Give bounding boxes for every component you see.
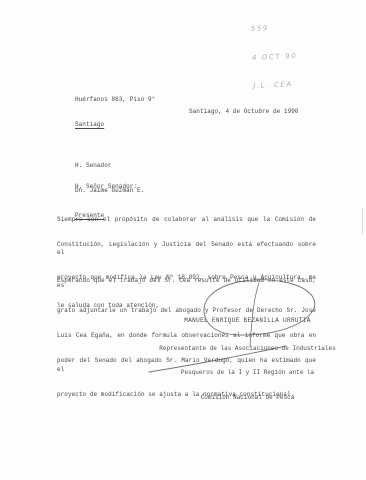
scan-artifact (362, 208, 363, 234)
date-line: Santiago, 4 de Octubre de 1990 (189, 108, 299, 116)
scanned-letter-page: 559 4 OCT 90 J.L. CEA Huérfanos 863, Pis… (0, 0, 366, 480)
signatory-name: MANUEL ENRIQUE BEZANILLA URRUTIA (140, 317, 355, 324)
salutation: H. Señor Senador: (75, 183, 137, 191)
signatory-title-line: Representante de las Asociaciones de Ind… (110, 345, 366, 353)
body-line: Esperando que el trabajo del Sr. Cea res… (57, 277, 316, 285)
sender-city: Santiago (75, 121, 155, 129)
body-line: Siempre con el propósito de colaborar al… (57, 216, 316, 224)
signatory-title-line: Comisión Nacional de Pesca (110, 394, 366, 402)
pencil-annotation-line: 559 (251, 23, 297, 34)
pencil-annotation-line: 4 OCT 90 (252, 52, 298, 63)
signatory-title-line: Pesqueros de la I y II Región ante la (110, 369, 366, 377)
body-line: le saluda con toda atención, (57, 302, 316, 310)
signatory-title-block: Representante de las Asociaciones de Ind… (110, 329, 366, 418)
recipient-honorific: H. Senador (75, 162, 144, 170)
body-line: Constitución, Legislación y Justicia del… (57, 241, 316, 258)
pencil-annotation: 559 4 OCT 90 J.L. CEA (250, 4, 300, 110)
sender-address-block: Huérfanos 863, Piso 9° Santiago (75, 79, 155, 146)
pencil-annotation-line: J.L. CEA (253, 80, 299, 91)
sender-address-line: Huérfanos 863, Piso 9° (75, 96, 155, 104)
